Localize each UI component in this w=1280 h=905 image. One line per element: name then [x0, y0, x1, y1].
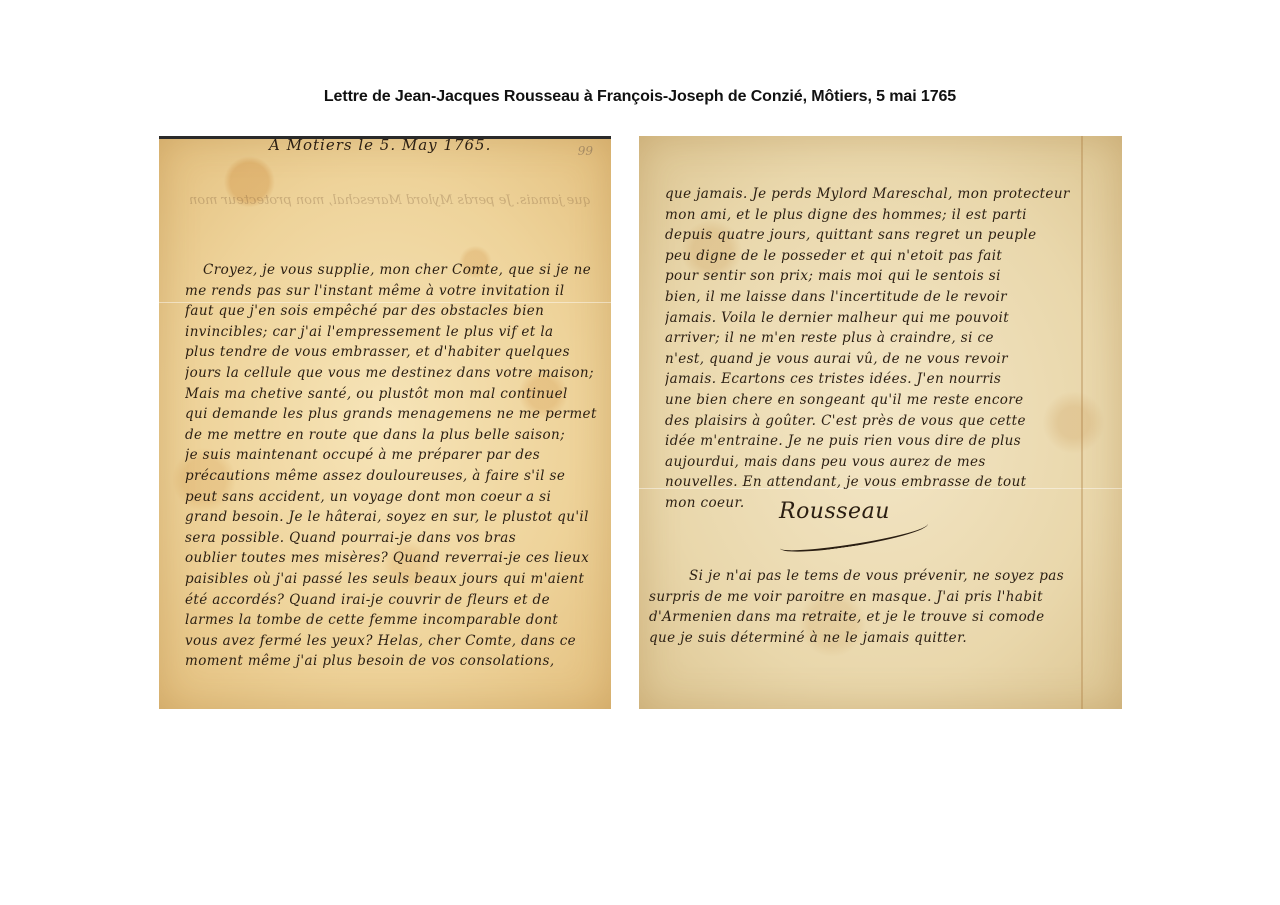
manuscript-line: peu digne de le posseder et qui n'etoit … — [665, 246, 1122, 267]
manuscript-line: idée m'entraine. Je ne puis rien vous di… — [665, 431, 1122, 452]
letter-body-right: que jamais. Je perds Mylord Mareschal, m… — [639, 184, 1122, 514]
manuscript-line: n'est, quand je vous aurai vû, de ne vou… — [665, 349, 1122, 370]
manuscript-line: des plaisirs à goûter. C'est près de vou… — [665, 411, 1122, 432]
manuscript-line: larmes la tombe de cette femme incompara… — [185, 610, 611, 631]
manuscript-line: faut que j'en sois empêché par des obsta… — [185, 301, 611, 322]
manuscript-line: jamais. Ecartons ces tristes idées. J'en… — [665, 369, 1122, 390]
manuscript-line: une bien chere en songeant qu'il me rest… — [665, 390, 1122, 411]
manuscript-line: vous avez fermé les yeux? Helas, cher Co… — [185, 631, 611, 652]
manuscript-line: bien, il me laisse dans l'incertitude de… — [665, 287, 1122, 308]
manuscript-line: Si je n'ai pas le tems de vous prévenir,… — [649, 566, 1122, 587]
manuscript-line: sera possible. Quand pourrai-je dans vos… — [185, 528, 611, 549]
manuscript-line: été accordés? Quand irai-je couvrir de f… — [185, 590, 611, 611]
document-title: Lettre de Jean-Jacques Rousseau à Franço… — [0, 88, 1280, 106]
letter-dateline: A Motiers le 5. May 1765. — [269, 136, 491, 154]
letter-body-left: Croyez, je vous supplie, mon cher Comte,… — [159, 260, 611, 672]
manuscript-line: je suis maintenant occupé à me préparer … — [185, 445, 611, 466]
manuscript-line: surpris de me voir paroitre en masque. J… — [649, 587, 1122, 608]
folio-number: 99 — [578, 144, 593, 158]
manuscript-page-left: A Motiers le 5. May 1765. 99 que jamais.… — [159, 136, 611, 709]
manuscript-line: qui demande les plus grands menagemens n… — [185, 404, 611, 425]
manuscript-line: aujourdui, mais dans peu vous aurez de m… — [665, 452, 1122, 473]
manuscript-line: oublier toutes mes misères? Quand reverr… — [185, 548, 611, 569]
manuscript-line: mon ami, et le plus digne des hommes; il… — [665, 205, 1122, 226]
manuscript-line: me rends pas sur l'instant même à votre … — [185, 281, 611, 302]
postscript: Si je n'ai pas le tems de vous prévenir,… — [639, 566, 1122, 648]
manuscript-line: précautions même assez douloureuses, à f… — [185, 466, 611, 487]
manuscript-line: arriver; il ne m'en reste plus à craindr… — [665, 328, 1122, 349]
manuscript-line: d'Armenien dans ma retraite, et je le tr… — [649, 607, 1122, 628]
manuscript-line: Mais ma chetive santé, ou plustôt mon ma… — [185, 384, 611, 405]
manuscript-line: grand besoin. Je le hâterai, soyez en su… — [185, 507, 611, 528]
manuscript-line: depuis quatre jours, quittant sans regre… — [665, 225, 1122, 246]
manuscript-line: de me mettre en route que dans la plus b… — [185, 425, 611, 446]
signature: Rousseau — [779, 499, 890, 524]
manuscript-line: Croyez, je vous supplie, mon cher Comte,… — [185, 260, 611, 281]
manuscript-line: nouvelles. En attendant, je vous embrass… — [665, 472, 1122, 493]
manuscript-line: moment même j'ai plus besoin de vos cons… — [185, 651, 611, 672]
manuscript-line: jamais. Voila le dernier malheur qui me … — [665, 308, 1122, 329]
manuscript-line: jours la cellule que vous me destinez da… — [185, 363, 611, 384]
manuscript-line: peut sans accident, un voyage dont mon c… — [185, 487, 611, 508]
manuscript-line: plus tendre de vous embrasser, et d'habi… — [185, 342, 611, 363]
manuscript-line: invincibles; car j'ai l'empressement le … — [185, 322, 611, 343]
manuscript-line: que je suis déterminé à ne le jamais qui… — [649, 628, 1122, 649]
manuscript-line: paisibles où j'ai passé les seuls beaux … — [185, 569, 611, 590]
ink-bleed-through: que jamais. Je perds Mylord Mareschal, m… — [189, 191, 591, 211]
manuscript-line: mon coeur. — [665, 493, 1122, 514]
manuscript-page-right: que jamais. Je perds Mylord Mareschal, m… — [639, 136, 1122, 709]
manuscript-line: pour sentir son prix; mais moi qui le se… — [665, 266, 1122, 287]
manuscript-line: que jamais. Je perds Mylord Mareschal, m… — [665, 184, 1122, 205]
